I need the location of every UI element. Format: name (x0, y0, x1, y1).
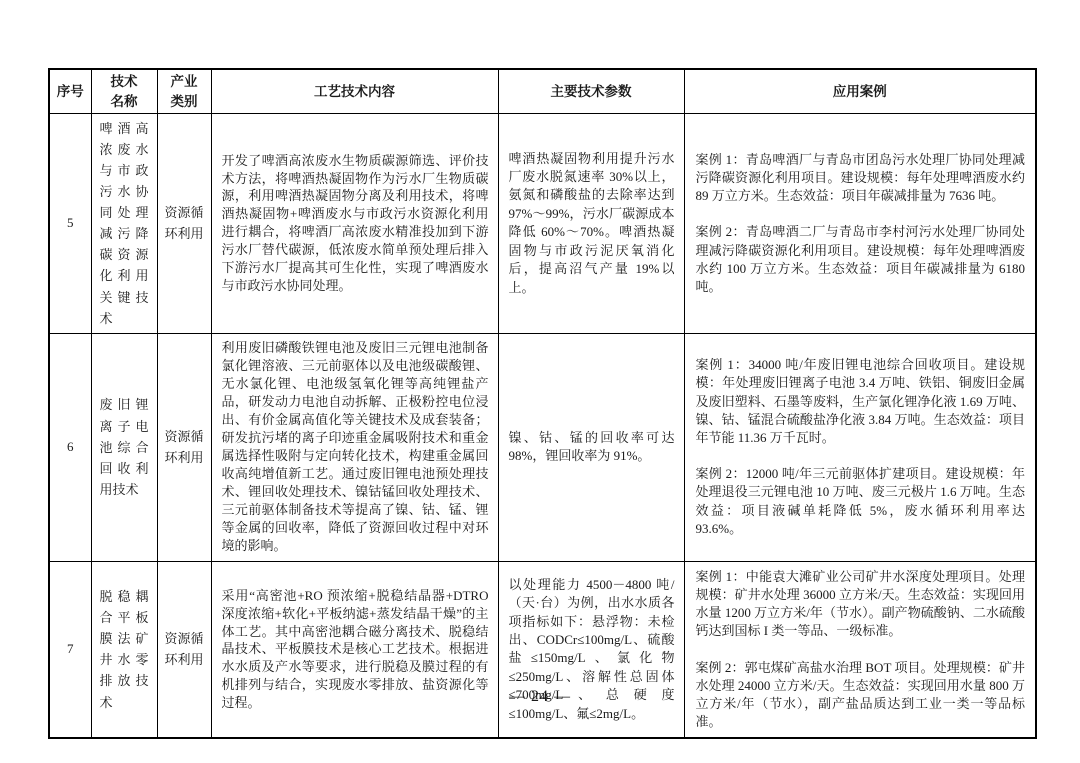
table-header-row: 序号 技术 名称 产业 类别 工艺技术内容 主要技术参数 应用案例 (49, 69, 1036, 114)
row6-serial-number: 6 (49, 333, 91, 561)
row7-industry-category: 资源循环利用 (157, 561, 211, 738)
row7-serial-number: 7 (49, 561, 91, 738)
header-serial-number: 序号 (49, 69, 91, 114)
row7-process-content: 采用“高密池+RO 预浓缩+脱稳结晶器+DTRO 深度浓缩+软化+平板纳滤+蒸发… (211, 561, 498, 738)
header-technology-name: 技术 名称 (91, 69, 157, 114)
row5-technology-name: 啤酒高浓废水与市政污水协同处理减污降碳资源化利用关键技术 (91, 114, 157, 333)
row7-technology-name: 脱稳耦合平板膜法矿井水零排放技术 (91, 561, 157, 738)
header-main-parameters: 主要技术参数 (498, 69, 684, 114)
document-page: 序号 技术 名称 产业 类别 工艺技术内容 主要技术参数 应用案例 5 啤酒高浓… (48, 68, 1035, 739)
row5-main-parameters: 啤酒热凝固物利用提升污水厂废水脱氮速率 30%以上，氨氮和磷酸盐的去除率达到 9… (498, 114, 684, 333)
header-industry-category: 产业 类别 (157, 69, 211, 114)
table-row: 7 脱稳耦合平板膜法矿井水零排放技术 资源循环利用 采用“高密池+RO 预浓缩+… (49, 561, 1036, 738)
table-row: 6 废旧锂离子电池综合回收利用技术 资源循环利用 利用废旧磷酸铁锂电池及废旧三元… (49, 333, 1036, 561)
row6-application-cases: 案例 1：34000 吨/年废旧锂电池综合回收项目。建设规模：年处理废旧锂离子电… (684, 333, 1036, 561)
technology-table: 序号 技术 名称 产业 类别 工艺技术内容 主要技术参数 应用案例 5 啤酒高浓… (48, 68, 1037, 739)
row5-application-cases: 案例 1：青岛啤酒厂与青岛市团岛污水处理厂协同处理减污降碳资源化利用项目。建设规… (684, 114, 1036, 333)
row6-technology-name: 废旧锂离子电池综合回收利用技术 (91, 333, 157, 561)
row6-main-parameters: 镍、钴、锰的回收率可达 98%，锂回收率为 91%。 (498, 333, 684, 561)
header-application-cases: 应用案例 (684, 69, 1036, 114)
table-row: 5 啤酒高浓废水与市政污水协同处理减污降碳资源化利用关键技术 资源循环利用 开发… (49, 114, 1036, 333)
row6-process-content: 利用废旧磷酸铁锂电池及废旧三元锂电池制备氯化锂溶液、三元前驱体以及电池级碳酸锂、… (211, 333, 498, 561)
page-number: — 24 — (0, 688, 1080, 706)
header-process-content: 工艺技术内容 (211, 69, 498, 114)
row7-main-parameters: 以处理能力 4500－4800 吨/（天·台）为例，出水水质各项指标如下：悬浮物… (498, 561, 684, 738)
row5-process-content: 开发了啤酒高浓废水生物质碳源筛选、评价技术方法，将啤酒热凝固物作为污水厂生物质碳… (211, 114, 498, 333)
row6-industry-category: 资源循环利用 (157, 333, 211, 561)
row5-industry-category: 资源循环利用 (157, 114, 211, 333)
row7-application-cases: 案例 1：中能袁大滩矿业公司矿井水深度处理项目。处理规模：矿井水处理 36000… (684, 561, 1036, 738)
row5-serial-number: 5 (49, 114, 91, 333)
